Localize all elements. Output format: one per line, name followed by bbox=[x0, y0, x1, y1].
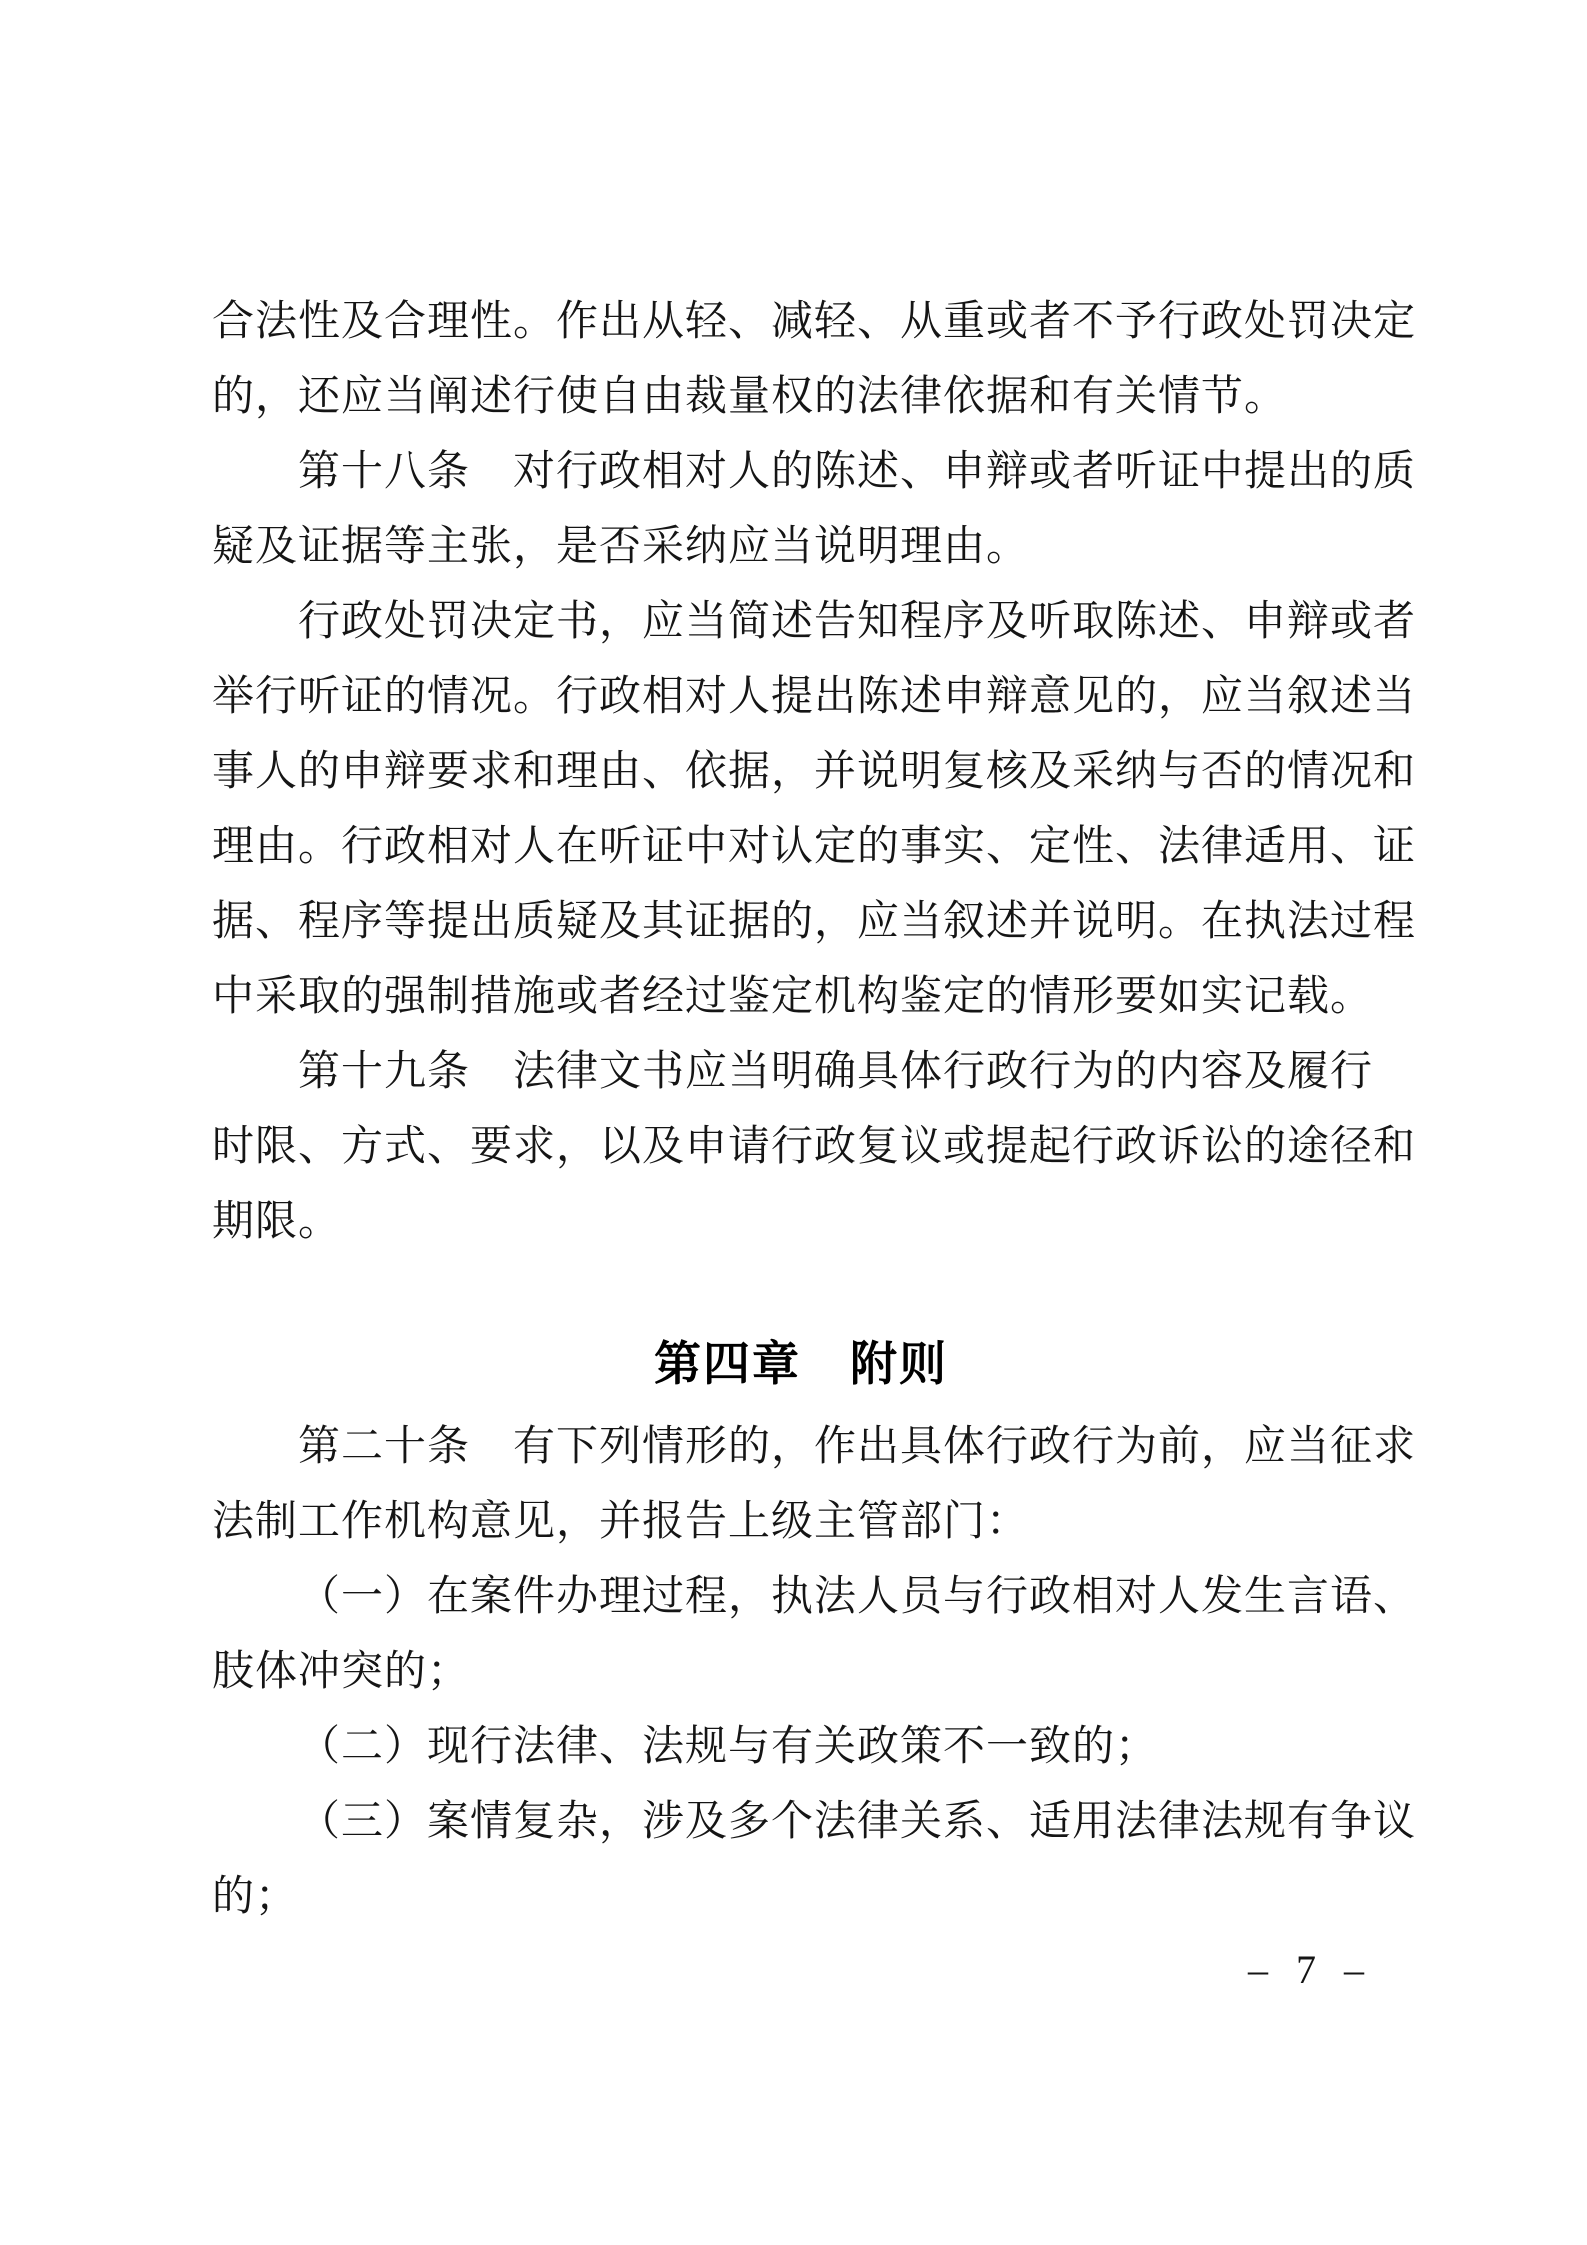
text-line: 第十八条 对行政相对人的陈述、申辩或者听证中提出的质 bbox=[212, 435, 1390, 510]
text-line: （三）案情复杂，涉及多个法律关系、适用法律法规有争议 bbox=[212, 1785, 1390, 1860]
text-line: 事人的申辩要求和理由、依据，并说明复核及采纳与否的情况和 bbox=[212, 735, 1390, 810]
text-line: 法制工作机构意见，并报告上级主管部门： bbox=[212, 1485, 1390, 1560]
text-line: 第二十条 有下列情形的，作出具体行政行为前，应当征求 bbox=[212, 1410, 1390, 1485]
document-page: 合法性及合理性。作出从轻、减轻、从重或者不予行政处罚决定的，还应当阐述行使自由裁… bbox=[0, 0, 1587, 2245]
text-line: 期限。 bbox=[212, 1185, 1390, 1260]
text-line: （二）现行法律、法规与有关政策不一致的； bbox=[212, 1710, 1390, 1785]
text-line: 时限、方式、要求，以及申请行政复议或提起行政诉讼的途径和 bbox=[212, 1110, 1390, 1185]
text-line: 据、程序等提出质疑及其证据的，应当叙述并说明。在执法过程 bbox=[212, 885, 1390, 960]
chapter-heading: 第四章 附则 bbox=[212, 1326, 1390, 1402]
text-line: 合法性及合理性。作出从轻、减轻、从重或者不予行政处罚决定 bbox=[212, 285, 1390, 360]
text-line: 理由。行政相对人在听证中对认定的事实、定性、法律适用、证 bbox=[212, 810, 1390, 885]
text-line: 肢体冲突的； bbox=[212, 1635, 1390, 1710]
text-line: 的，还应当阐述行使自由裁量权的法律依据和有关情节。 bbox=[212, 360, 1390, 435]
text-line: 第十九条 法律文书应当明确具体行政行为的内容及履行 bbox=[212, 1035, 1390, 1110]
text-line: 行政处罚决定书，应当简述告知程序及听取陈述、申辩或者 bbox=[212, 585, 1390, 660]
text-line: 举行听证的情况。行政相对人提出陈述申辩意见的，应当叙述当 bbox=[212, 660, 1390, 735]
text-line: 的； bbox=[212, 1860, 1390, 1935]
text-line: 中采取的强制措施或者经过鉴定机构鉴定的情形要如实记载。 bbox=[212, 960, 1390, 1035]
text-line: （一）在案件办理过程，执法人员与行政相对人发生言语、 bbox=[212, 1560, 1390, 1635]
text-line: 疑及证据等主张，是否采纳应当说明理由。 bbox=[212, 510, 1390, 585]
page-number: – 7 – bbox=[1248, 1946, 1368, 1993]
document-body: 合法性及合理性。作出从轻、减轻、从重或者不予行政处罚决定的，还应当阐述行使自由裁… bbox=[212, 285, 1390, 1935]
